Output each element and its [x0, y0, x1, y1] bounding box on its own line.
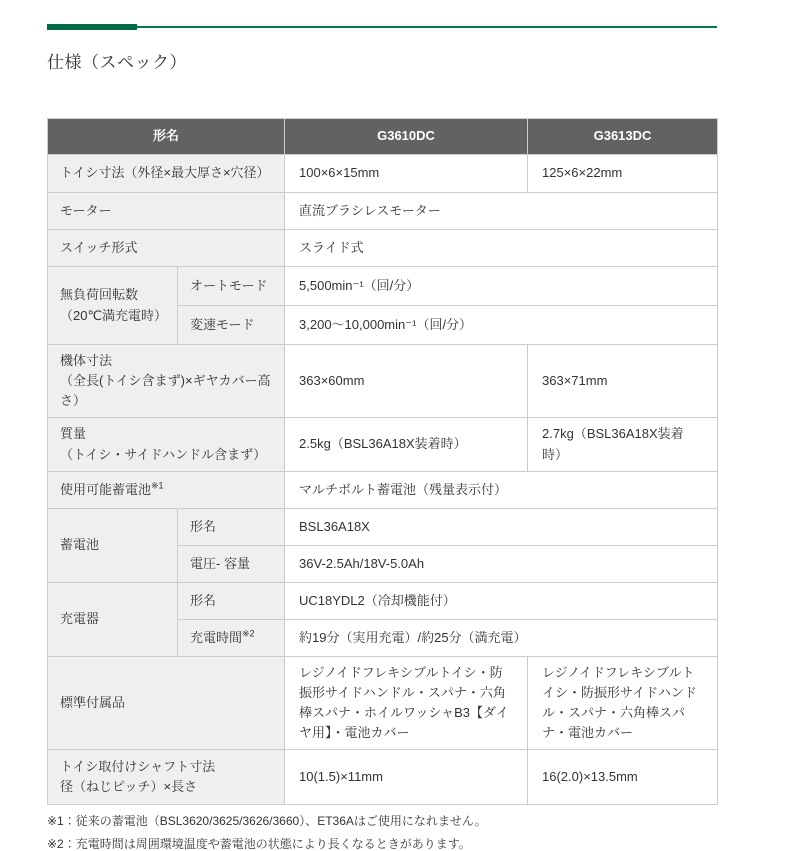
header-model-g3610dc: G3610DC — [285, 119, 528, 155]
charge-time-label-text: 充電時間 — [190, 630, 242, 645]
row-weight: 質量 （トイシ・サイドハンドル含まず） 2.5kg（BSL36A18X装着時） … — [48, 418, 718, 471]
section-divider — [47, 24, 717, 30]
body-size-value-g3610dc: 363×60mm — [285, 345, 528, 418]
footnote-ref-2: ※2 — [242, 628, 255, 638]
variable-mode-label: 変速モード — [178, 306, 285, 345]
shaft-size-value-g3610dc: 10(1.5)×11mm — [285, 750, 528, 805]
row-switch-type: スイッチ形式 スライド式 — [48, 230, 718, 267]
row-battery-model: 蓄電池 形名 BSL36A18X — [48, 508, 718, 545]
auto-mode-value: 5,500min⁻¹（回/分） — [285, 267, 718, 306]
charger-group-label: 充電器 — [48, 582, 178, 656]
row-shaft-size: トイシ取付けシャフト寸法 径（ねじピッチ）×長さ 10(1.5)×11mm 16… — [48, 750, 718, 805]
motor-label: モーター — [48, 193, 285, 230]
divider-accent-segment — [47, 24, 137, 30]
accessories-label: 標準付属品 — [48, 656, 285, 750]
wheel-size-value-g3610dc: 100×6×15mm — [285, 155, 528, 193]
usable-battery-value: マルチボルト蓄電池（残量表示付） — [285, 471, 718, 508]
charger-model-label: 形名 — [178, 582, 285, 619]
footnote-2: ※2：充電時間は周囲環境温度や蓄電池の状態により長くなるときがあります。 — [47, 837, 717, 851]
row-charger-model: 充電器 形名 UC18YDL2（冷却機能付） — [48, 582, 718, 619]
variable-mode-value: 3,200～10,000min⁻¹（回/分） — [285, 306, 718, 345]
battery-voltage-value: 36V-2.5Ah/18V-5.0Ah — [285, 545, 718, 582]
battery-model-value: BSL36A18X — [285, 508, 718, 545]
header-model-g3613dc: G3613DC — [528, 119, 718, 155]
battery-model-label: 形名 — [178, 508, 285, 545]
spec-table: 形名 G3610DC G3613DC トイシ寸法（外径×最大厚さ×穴径） 100… — [47, 118, 718, 805]
shaft-size-value-g3613dc: 16(2.0)×13.5mm — [528, 750, 718, 805]
divider-thin-line — [47, 26, 717, 28]
switch-type-value: スライド式 — [285, 230, 718, 267]
motor-value: 直流ブラシレスモーター — [285, 193, 718, 230]
battery-voltage-label: 電圧- 容量 — [178, 545, 285, 582]
page-title: 仕様（スペック） — [47, 48, 717, 73]
body-size-label: 機体寸法 （全長(トイシ含まず)×ギヤカバー高さ） — [48, 345, 285, 418]
charge-time-label: 充電時間※2 — [178, 619, 285, 656]
usable-battery-label: 使用可能蓄電池※1 — [48, 471, 285, 508]
footnote-1: ※1：従来の蓄電池（BSL3620/3625/3626/3660）、ET36Aは… — [47, 814, 717, 828]
row-wheel-size: トイシ寸法（外径×最大厚さ×穴径） 100×6×15mm 125×6×22mm — [48, 155, 718, 193]
switch-type-label: スイッチ形式 — [48, 230, 285, 267]
footnote-ref-1: ※1 — [151, 480, 164, 490]
wheel-size-value-g3613dc: 125×6×22mm — [528, 155, 718, 193]
body-size-value-g3613dc: 363×71mm — [528, 345, 718, 418]
row-accessories: 標準付属品 レジノイドフレキシブルトイシ・防振形サイドハンドル・スパナ・六角棒ス… — [48, 656, 718, 750]
wheel-size-label: トイシ寸法（外径×最大厚さ×穴径） — [48, 155, 285, 193]
charger-model-value: UC18YDL2（冷却機能付） — [285, 582, 718, 619]
usable-battery-label-text: 使用可能蓄電池 — [60, 482, 151, 497]
row-no-load-speed-auto: 無負荷回転数 （20℃満充電時） オートモード 5,500min⁻¹（回/分） — [48, 267, 718, 306]
accessories-value-g3613dc: レジノイドフレキシブルトイシ・防振形サイドハンドル・スパナ・六角棒スパナ・電池カ… — [528, 656, 718, 750]
content-area: 仕様（スペック） 形名 G3610DC G3613DC トイシ寸法（外径×最大厚… — [47, 24, 717, 851]
footnotes: ※1：従来の蓄電池（BSL3620/3625/3626/3660）、ET36Aは… — [47, 814, 717, 851]
weight-value-g3610dc: 2.5kg（BSL36A18X装着時） — [285, 418, 528, 471]
weight-label: 質量 （トイシ・サイドハンドル含まず） — [48, 418, 285, 471]
table-header-row: 形名 G3610DC G3613DC — [48, 119, 718, 155]
weight-value-g3613dc: 2.7kg（BSL36A18X装着時） — [528, 418, 718, 471]
shaft-size-label: トイシ取付けシャフト寸法 径（ねじピッチ）×長さ — [48, 750, 285, 805]
charge-time-value: 約19分（実用充電）/約25分（満充電） — [285, 619, 718, 656]
battery-group-label: 蓄電池 — [48, 508, 178, 582]
row-body-size: 機体寸法 （全長(トイシ含まず)×ギヤカバー高さ） 363×60mm 363×7… — [48, 345, 718, 418]
header-name-col: 形名 — [48, 119, 285, 155]
accessories-value-g3610dc: レジノイドフレキシブルトイシ・防振形サイドハンドル・スパナ・六角棒スパナ・ホイル… — [285, 656, 528, 750]
no-load-speed-label: 無負荷回転数 （20℃満充電時） — [48, 267, 178, 345]
row-usable-battery: 使用可能蓄電池※1 マルチボルト蓄電池（残量表示付） — [48, 471, 718, 508]
row-motor: モーター 直流ブラシレスモーター — [48, 193, 718, 230]
auto-mode-label: オートモード — [178, 267, 285, 306]
